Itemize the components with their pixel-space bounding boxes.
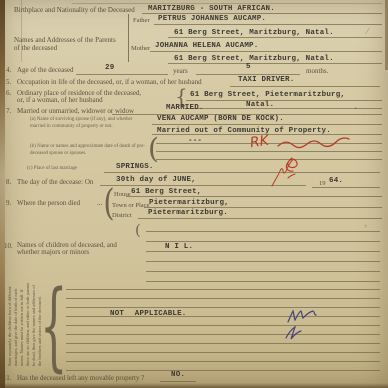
ruled-line [312, 187, 380, 188]
death-year-value: 64. [329, 177, 343, 185]
red-initials-annotation: RK [249, 133, 270, 151]
ruled-line [144, 207, 382, 208]
ruled-line [146, 231, 380, 232]
ruled-line [138, 218, 382, 219]
item-9-number: 9. [6, 199, 11, 207]
ruled-line [66, 352, 380, 353]
item-5-number: 5. [6, 78, 11, 86]
stray-mark: ’ [364, 224, 367, 235]
father-name-value: PETRUS JOHANNES AUCAMP. [158, 15, 266, 23]
not-applicable-value: NOT APPLICABLE. [110, 310, 187, 318]
item-8-number: 8. [6, 178, 11, 186]
ruled-line [66, 343, 380, 344]
ruled-line [230, 86, 380, 87]
age-label: Age of the deceased [17, 66, 74, 74]
item-4-number: 4. [6, 66, 11, 74]
birthplace-label: Birthplace and Nationality of the Deceas… [14, 6, 135, 14]
death-day-value: 30th day of JUNE, [116, 176, 196, 184]
children-detail-brace: { [40, 278, 67, 374]
ruled-line [156, 151, 382, 152]
ruled-line [76, 74, 168, 75]
ruled-line [66, 325, 380, 326]
stray-mark: / [365, 26, 370, 37]
ruled-line [146, 261, 380, 262]
town-value: Pietermaritzburg, [149, 199, 229, 207]
ruled-line [146, 271, 380, 272]
ruled-line [150, 51, 382, 52]
age-years-value: 29 [105, 64, 114, 72]
movable-property-label: Has the deceased left any movable proper… [17, 374, 144, 382]
ruled-line [146, 241, 380, 242]
ruled-line [196, 74, 300, 75]
ruled-line [104, 172, 380, 173]
surviving-spouse-value: VENA AUCAMP (BORN DE KOCK). [157, 115, 284, 123]
ruled-line [186, 100, 382, 101]
ruled-line [72, 3, 382, 4]
occupation-value: TAXI DRIVER. [238, 76, 294, 84]
district-value: Pietermaritzburg. [148, 209, 228, 217]
birthplace-value: MARITZBURG - SOUTH AFRICAN. [148, 5, 275, 13]
item-7-number: 7. [6, 107, 11, 115]
residence-label-line2: or, if a woman, of her husband [17, 96, 103, 104]
ruled-line [154, 24, 382, 25]
death-place-leader-dots: ... [97, 199, 102, 207]
residence-brace: { [175, 86, 188, 106]
ruled-line [160, 381, 196, 382]
district-label: District [112, 212, 132, 219]
father-label: Father [133, 17, 150, 24]
mother-address-value: 61 Berg Street, Maritzburg, Natal. [174, 55, 334, 63]
ruled-line [126, 196, 382, 197]
last-marriage-value: SPRINGS. [116, 163, 154, 171]
ruled-line [168, 37, 382, 38]
page-edge-bottom [0, 383, 388, 388]
residence-value-line1: 61 Berg Street, Pietermaritzburg, [190, 91, 345, 99]
ruled-line [168, 63, 382, 64]
page-edge-left [0, 0, 5, 388]
children-value: N I L. [165, 243, 193, 251]
mother-name-value: JOHANNA HELENA AUCAMP. [155, 42, 258, 50]
surviving-spouse-label: (a) Name of surviving spouse (if any), a… [30, 117, 148, 130]
item-6-number: 6. [6, 89, 11, 97]
father-address-value: 61 Berg Street, Maritzburg, Natal. [174, 29, 334, 37]
movable-property-value: NO. [171, 371, 185, 379]
ruled-line [146, 281, 380, 282]
last-marriage-label: (c) Place of last marriage [27, 166, 77, 173]
occupation-label: Occupation in life of the deceased, or, … [17, 78, 202, 86]
ruled-line [152, 124, 382, 125]
death-day-label: The day of the decease: On [17, 178, 93, 186]
children-bracket: ( [135, 223, 141, 238]
age-years-label: years [173, 67, 188, 75]
ruled-line [146, 251, 380, 252]
ruled-line [66, 370, 380, 371]
house-value: 61 Berg Street, [131, 188, 202, 196]
ruled-line [142, 13, 382, 14]
ruled-line [186, 108, 382, 109]
ruled-line [66, 307, 380, 308]
blue-initials-line2 [286, 327, 301, 339]
ruled-line [100, 185, 306, 186]
ruled-line [66, 361, 380, 362]
item-10-number: 10. [4, 242, 13, 250]
marital-value: MARRIED. [166, 104, 204, 112]
children-label-line2: whether majors or minors [17, 248, 89, 256]
ruled-line [66, 334, 380, 335]
death-place-label: Where the person died [17, 199, 80, 207]
parents-label: Names and Addresses of the Parents of th… [14, 36, 116, 52]
age-months-value: 5 [246, 63, 251, 71]
ruled-line [66, 289, 380, 290]
item-11-number: 11. [3, 374, 12, 382]
death-notice-form-scan: Birthplace and Nationality of the Deceas… [0, 0, 388, 388]
mother-label: Mother [131, 45, 150, 52]
stray-mark: ’ [354, 106, 357, 117]
age-months-label: months. [306, 67, 328, 75]
predeceased-spouse-label: (b) Name or names and approximate date o… [30, 144, 150, 157]
ruled-line [156, 159, 382, 160]
parents-bracket [128, 14, 129, 62]
ruled-line [66, 298, 380, 299]
